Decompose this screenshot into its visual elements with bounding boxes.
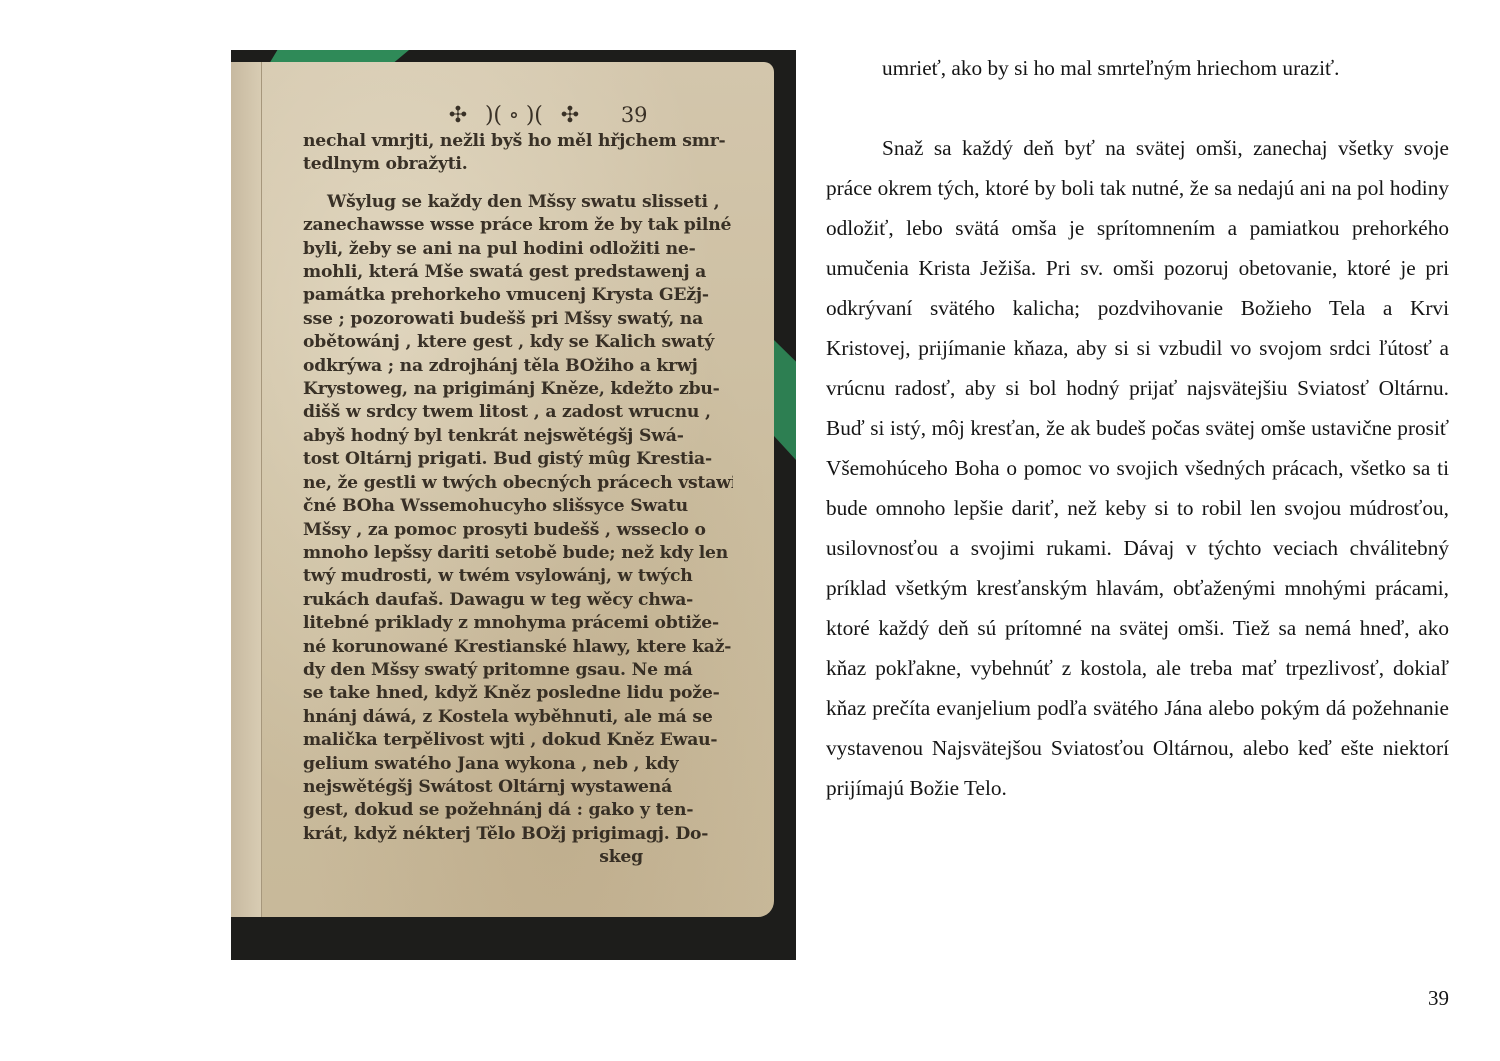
scan-line: byli, žeby se ani na pul hodini odložiti… xyxy=(303,238,733,261)
scan-line: tedlnym obražyti. xyxy=(303,153,733,176)
scan-page-number: 39 xyxy=(621,104,647,127)
scan-line: twý mudrosti, w twém vsylowánj, w twých xyxy=(303,565,733,588)
fraktur-print-text: ✣ )( ∘ )( ✣ 39 nechal vmrjti, nežli byš … xyxy=(303,104,733,870)
ornament-middle-icon: )( ∘ )( xyxy=(485,104,543,127)
scan-line: litebné priklady z mnohyma prácemi obtiž… xyxy=(303,612,733,635)
scan-running-header: ✣ )( ∘ )( ✣ 39 xyxy=(303,104,733,130)
scan-line: sse ; pozorowati budešš pri Mšsy swatý, … xyxy=(303,308,733,331)
transcription-text: umrieť, ako by si ho mal smrteľným hriec… xyxy=(826,48,1449,808)
paragraph-continuation: umrieť, ako by si ho mal smrteľným hriec… xyxy=(826,48,1449,88)
ornament-right-icon: ✣ xyxy=(561,104,579,127)
paragraph-main: Snaž sa každý deň byť na svätej omši, za… xyxy=(826,128,1449,808)
book-spine-edge xyxy=(231,62,262,917)
scan-line: nejswětégšj Swátost Oltárnj wystawená xyxy=(303,776,733,799)
green-bookmark-strip-right xyxy=(774,340,796,460)
scan-line: hnánj dáwá, z Kostela wyběhnuti, ale má … xyxy=(303,706,733,729)
scan-line: rukách daufaš. Dawagu w teg wěcy chwa- xyxy=(303,589,733,612)
scanned-page-image: ✣ )( ∘ )( ✣ 39 nechal vmrjti, nežli byš … xyxy=(231,50,796,960)
scan-line: památka prehorkeho vmucenj Krysta GEžj- xyxy=(303,284,733,307)
scan-line: malička terpělivost wjti , dokud Kněz Ew… xyxy=(303,729,733,752)
scan-line: mohli, která Mše swatá gest predstawenj … xyxy=(303,261,733,284)
page-number: 39 xyxy=(1428,986,1449,1011)
scan-line: Krystoweg, na prigimánj Kněze, kdežto zb… xyxy=(303,378,733,401)
scan-line: ne, že gestli w twých obecných prácech v… xyxy=(303,472,733,495)
aged-paper: ✣ )( ∘ )( ✣ 39 nechal vmrjti, nežli byš … xyxy=(231,62,774,917)
scan-line: mnoho lepšsy dariti setobě bude; než kdy… xyxy=(303,542,733,565)
scan-line: gest, dokud se požehnánj dá : gako y ten… xyxy=(303,799,733,822)
scan-line: né korunowané Krestianské hlawy, ktere k… xyxy=(303,636,733,659)
scan-catchword: skeg xyxy=(303,846,733,869)
scan-line: krát, když nékterj Tělo BOžj prigimagj. … xyxy=(303,823,733,846)
scan-line: Wšylug se každy den Mšsy swatu slisseti … xyxy=(303,191,733,214)
scan-line: dy den Mšsy swatý pritomne gsau. Ne má xyxy=(303,659,733,682)
scan-line: odkrýwa ; na zdrojhánj těla BOžiho a krw… xyxy=(303,355,733,378)
scan-line: čné BOha Wssemohucyho slišsyce Swatu xyxy=(303,495,733,518)
scan-line: gelium swatého Jana wykona , neb , kdy xyxy=(303,753,733,776)
scan-line: tost Oltárnj prigati. Bud gistý mûg Kres… xyxy=(303,448,733,471)
scan-line: nechal vmrjti, nežli byš ho měl hřjchem … xyxy=(303,130,733,153)
scan-line: Mšsy , za pomoc prosyti budešš , wsseclo… xyxy=(303,519,733,542)
scan-line: se take hned, když Kněz posledne lidu po… xyxy=(303,682,733,705)
scan-line: dišš w srdcy twem litost , a zadost wruc… xyxy=(303,401,733,424)
scan-line: zanechawsse wsse práce krom že by tak pi… xyxy=(303,214,733,237)
scan-line: obětowánj , ktere gest , kdy se Kalich s… xyxy=(303,331,733,354)
ornament-left-icon: ✣ xyxy=(449,104,467,127)
scan-line: abyš hodný byl tenkrát nejswětégšj Swá- xyxy=(303,425,733,448)
